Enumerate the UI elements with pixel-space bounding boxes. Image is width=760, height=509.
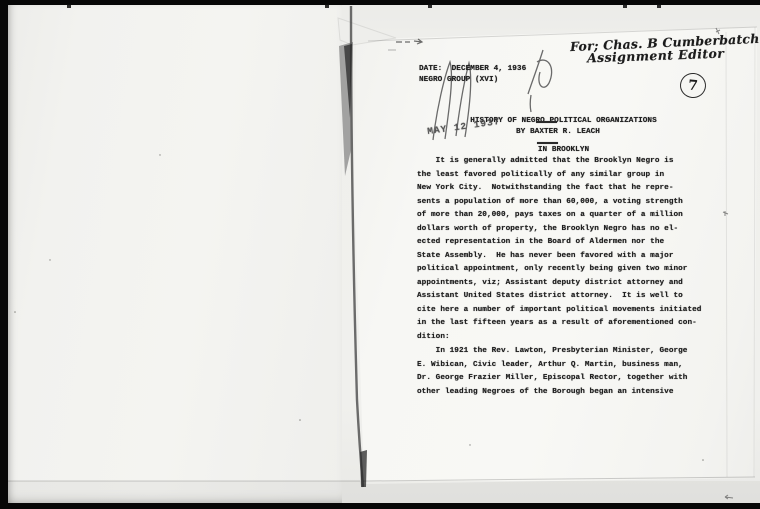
- film-notch: [325, 4, 329, 8]
- byline-underline-rule: [537, 142, 558, 144]
- byline: BY BAXTER R. LEACH: [516, 127, 600, 137]
- title-underline-rule: [536, 121, 557, 123]
- typed-line: ected representation in the Board of Ald…: [417, 236, 701, 250]
- blank-left-page: [8, 5, 342, 503]
- film-border-top: [0, 0, 760, 5]
- paragraph-2: In 1921 the Rev. Lawton, Presbyterian Mi…: [417, 345, 687, 399]
- group-line: NEGRO GROUP (XVI): [419, 75, 498, 85]
- film-border-left: [0, 0, 8, 509]
- microfilm-frame: DATE: DECEMBER 4, 1936 NEGRO GROUP (XVI)…: [0, 0, 760, 509]
- frame-number: 7: [687, 77, 698, 94]
- typed-line: dollars worth of property, the Brooklyn …: [417, 223, 701, 237]
- typed-line: New York City. Notwithstanding the fact …: [417, 182, 701, 196]
- paragraph-1: It is generally admitted that the Brookl…: [417, 155, 701, 344]
- typed-line: E. Wibican, Civic leader, Arthur Q. Mart…: [417, 359, 687, 373]
- film-notch: [428, 4, 432, 8]
- typed-line: cite here a number of important politica…: [417, 304, 701, 318]
- typed-line: Assistant United States district attorne…: [417, 290, 701, 304]
- typed-line: It is generally admitted that the Brookl…: [417, 155, 701, 169]
- typed-line: sents a population of more than 60,000, …: [417, 196, 701, 210]
- typed-line: In 1921 the Rev. Lawton, Presbyterian Mi…: [417, 345, 687, 359]
- typed-line: Dr. George Frazier Miller, Episcopal Rec…: [417, 372, 687, 386]
- typed-line: of more than 20,000, pays taxes on a qua…: [417, 209, 701, 223]
- date-line: DATE: DECEMBER 4, 1936: [419, 64, 526, 74]
- film-border-bottom: [30, 504, 760, 509]
- typed-line: in the last fifteen years as a result of…: [417, 317, 701, 331]
- typed-line: appointments, viz; Assistant deputy dist…: [417, 277, 701, 291]
- film-notch: [67, 4, 71, 8]
- typed-line: the least favored politically of any sim…: [417, 169, 701, 183]
- typed-line: State Assembly. He has never been favore…: [417, 250, 701, 264]
- typed-line: political appointment, only recently bei…: [417, 263, 701, 277]
- typed-line: dition:: [417, 331, 701, 345]
- film-notch: [657, 4, 661, 8]
- film-notch: [623, 4, 627, 8]
- page-bottom-shadow: [8, 481, 760, 504]
- typed-line: other leading Negroes of the Borough beg…: [417, 386, 687, 400]
